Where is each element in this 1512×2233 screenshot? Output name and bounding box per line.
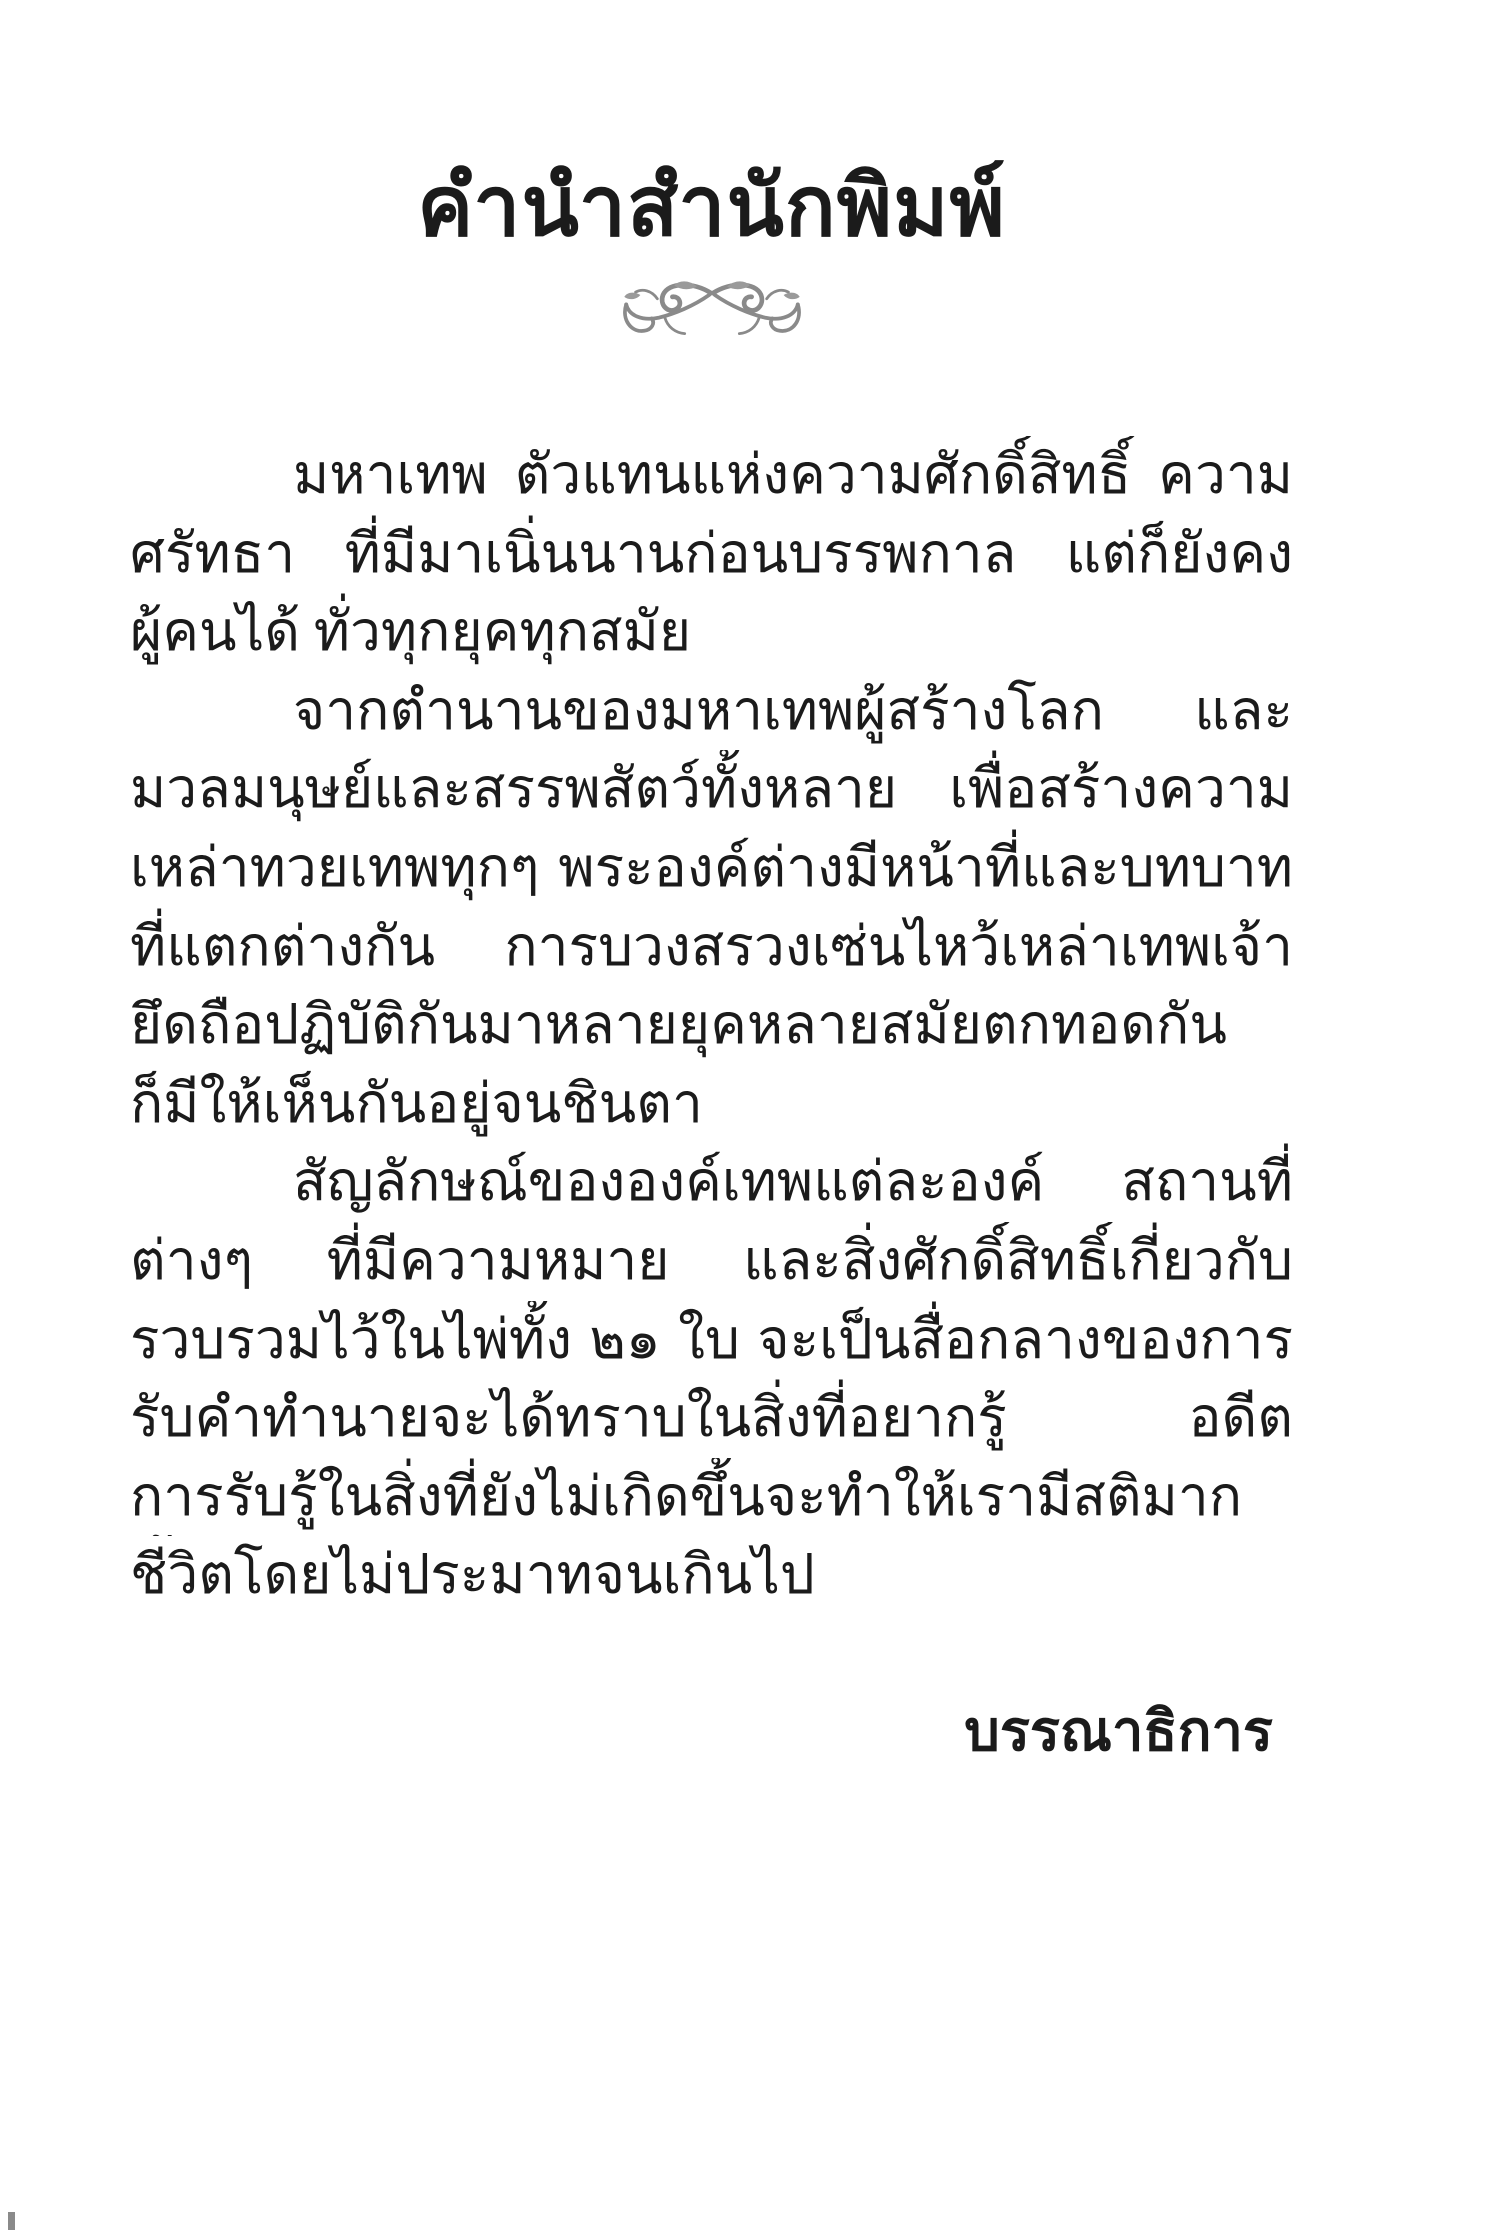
text-line: ต่างๆ ที่มีความหมาย และสิ่งศักดิ์สิทธิ์เ… — [130, 1222, 1293, 1301]
ornament-flourish-icon — [130, 278, 1293, 348]
page-title: คำนำสำนักพิมพ์ — [130, 150, 1293, 262]
text-line: ผู้คนได้ ทั่วทุกยุคทุกสมัย — [130, 593, 1293, 672]
text-line: รับคำทำนายจะได้ทราบในสิ่งที่อยากรู้ อดีต… — [130, 1379, 1293, 1458]
text-line: ศรัทธา ที่มีมาเนิ่นนานก่อนบรรพกาล แต่ก็ย… — [130, 515, 1293, 594]
text-line: ที่แตกต่างกัน การบวงสรวงเซ่นไหว้เหล่าเทพ… — [130, 908, 1293, 987]
text-line: มหาเทพ ตัวแทนแห่งความศักดิ์สิทธิ์ ความเช… — [130, 436, 1293, 515]
text-line: การรับรู้ในสิ่งที่ยังไม่เกิดขึ้นจะทำให้เ… — [130, 1458, 1293, 1537]
text-line: ชีวิตโดยไม่ประมาทจนเกินไป — [130, 1536, 1293, 1615]
page-edge-mark — [8, 2212, 15, 2230]
text-line: สัญลักษณ์ขององค์เทพแต่ละองค์ สถานที่ องค… — [130, 1143, 1293, 1222]
text-line: ก็มีให้เห็นกันอยู่จนชินตา — [130, 1065, 1293, 1144]
preface-body: มหาเทพ ตัวแทนแห่งความศักดิ์สิทธิ์ ความเช… — [130, 436, 1293, 1615]
editor-signature: บรรณาธิการ — [130, 1692, 1273, 1772]
text-line: ยึดถือปฏิบัติกันมาหลายยุคหลายสมัยตกทอดกั… — [130, 986, 1293, 1065]
text-line: เหล่าทวยเทพทุกๆ พระองค์ต่างมีหน้าที่และบ… — [130, 829, 1293, 908]
text-line: มวลมนุษย์และสรรพสัตว์ทั้งหลาย เพื่อสร้าง… — [130, 750, 1293, 829]
text-line: จากตำนานของมหาเทพผู้สร้างโลก และทำลายล้า… — [130, 672, 1293, 751]
text-line: รวบรวมไว้ในไพ่ทั้ง ๒๑ ใบ จะเป็นสื่อกลางข… — [130, 1301, 1293, 1380]
page: คำนำสำนักพิมพ์ มหาเทพ ตัวแทนแห่งความศักด… — [0, 0, 1512, 2233]
